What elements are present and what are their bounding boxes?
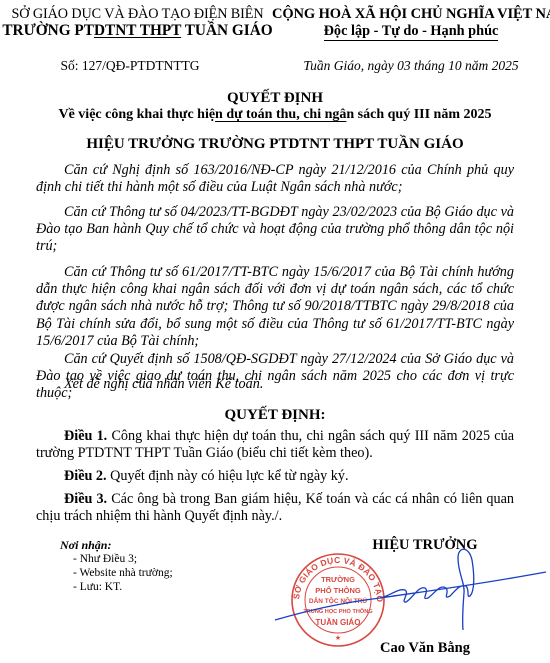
subject-post: n sách quý III năm 2025 bbox=[346, 107, 491, 122]
article-text: Quyết định này có hiệu lực kể từ ngày ký… bbox=[107, 468, 349, 484]
document-title: QUYẾT ĐỊNH bbox=[0, 90, 550, 107]
article-label: Điều 3. bbox=[64, 491, 107, 507]
recipient-item: - Lưu: KT. bbox=[73, 581, 122, 593]
signature-icon bbox=[270, 548, 550, 648]
national-motto: Độc lập - Tự do - Hạnh phúc bbox=[272, 23, 550, 40]
preamble-paragraph: Xét đề nghị của nhân viên Kế toán. bbox=[36, 376, 514, 393]
place-date: Tuần Giáo, ngày 03 tháng 10 năm 2025 bbox=[272, 58, 550, 74]
article-text: Công khai thực hiện dự toán thu, chi ngâ… bbox=[36, 428, 514, 461]
preamble-text: Căn cứ Thông tư số 61/2017/TT-BTC ngày 1… bbox=[36, 264, 514, 349]
national-title: CỘNG HOÀ XÃ HỘI CHỦ NGHĨA VIỆT NAM bbox=[272, 6, 550, 23]
preamble-text: Căn cứ Nghị định số 163/2016/NĐ-CP ngày … bbox=[36, 162, 514, 195]
decision-heading: QUYẾT ĐỊNH: bbox=[0, 407, 550, 424]
article-1: Điều 1. Công khai thực hiện dự toán thu,… bbox=[36, 428, 514, 462]
preamble-text: Căn cứ Thông tư số 04/2023/TT-BGDĐT ngày… bbox=[36, 204, 514, 254]
article-2: Điều 2. Quyết định này có hiệu lực kể từ… bbox=[36, 468, 514, 485]
recipients-title: Nơi nhận: bbox=[60, 538, 111, 553]
preamble-paragraph: Căn cứ Nghị định số 163/2016/NĐ-CP ngày … bbox=[36, 162, 514, 196]
motto-text: Độc lập - Tự do - Hạnh phúc bbox=[324, 23, 499, 41]
preamble-paragraph: Căn cứ Thông tư số 61/2017/TT-BTC ngày 1… bbox=[36, 264, 514, 350]
article-label: Điều 2. bbox=[64, 468, 107, 484]
article-3: Điều 3. Các ông bà trong Ban giám hiệu, … bbox=[36, 491, 514, 525]
decision-document: SỞ GIÁO DỤC VÀ ĐÀO TẠO ĐIỆN BIÊN TRƯỜNG … bbox=[0, 0, 550, 663]
school-name-underlined: DTNT THPT bbox=[94, 22, 181, 39]
recipient-item: - Như Điều 3; bbox=[73, 553, 137, 565]
preamble-paragraph: Căn cứ Thông tư số 04/2023/TT-BGDĐT ngày… bbox=[36, 204, 514, 256]
school-name: TRƯỜNG PTDTNT THPT TUẦN GIÁO bbox=[0, 22, 275, 40]
signer-name: Cao Văn Bằng bbox=[300, 640, 550, 657]
document-number: Số: 127/QĐ-PTDTNTTG bbox=[0, 58, 260, 74]
article-label: Điều 1. bbox=[64, 428, 107, 444]
document-subject: Về việc công khai thực hiện dự toán thu,… bbox=[0, 107, 550, 123]
school-name-prefix: TRƯỜNG PT bbox=[2, 22, 94, 39]
school-name-suffix: TUẦN GIÁO bbox=[181, 22, 273, 39]
recipient-item: - Website nhà trường; bbox=[73, 567, 173, 579]
subject-underlined: n dự toán thu, chi ngâ bbox=[215, 107, 346, 122]
article-text: Các ông bà trong Ban giám hiệu, Kế toán … bbox=[36, 491, 514, 524]
preamble-text: Xét đề nghị của nhân viên Kế toán. bbox=[64, 376, 263, 392]
subject-pre: Về việc công khai thực hiệ bbox=[58, 107, 215, 122]
issuing-agency: SỞ GIÁO DỤC VÀ ĐÀO TẠO ĐIỆN BIÊN bbox=[0, 6, 275, 23]
issuing-authority: HIỆU TRƯỞNG TRƯỜNG PTDTNT THPT TUẦN GIÁO bbox=[0, 136, 550, 153]
